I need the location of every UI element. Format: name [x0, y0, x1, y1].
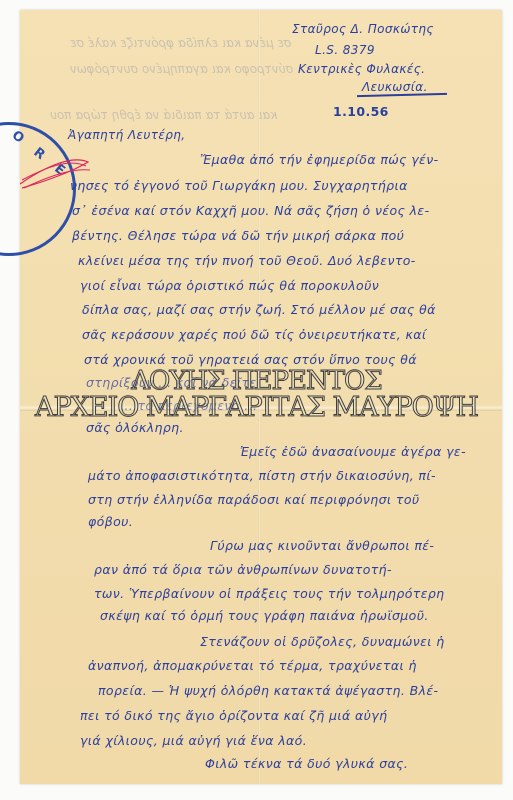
- letter-line: Φιλῶ τέκνα τά δυό γλυκά σας.: [205, 756, 408, 771]
- letter-line: πει τό δικό της ἄγιο ὁρίζοντα καί ζῆ μιά…: [80, 708, 387, 723]
- letter-line: πορεία. — Ἡ ψυχή ὁλόρθη κατακτά ἀψέγαστη…: [98, 683, 438, 698]
- bleed-through-line: σε μένα και ελπίδα φρόντιζε καλέ σε: [70, 36, 291, 50]
- letter-line: μάτο ἀποφασιστικότητα, πίστη στήν δικαιο…: [88, 468, 436, 483]
- letter-line: Ἐμεῖς ἐδῶ ἀνασαίνουμε ἀγέρα γε-: [240, 444, 466, 459]
- sender-name: Σταῦρος Δ. Ποσκώτης: [292, 22, 434, 36]
- letter-line: σκέψη καί τό ὁρμή τους γράφη παιάνα ἡρωϊ…: [100, 608, 429, 623]
- letter-line: Στενάζουν οἱ δρῦζολες, δυναμώνει ἡ: [200, 634, 445, 649]
- letter-line: βέντης. Θέλησε τώρα νά δῶ τήν μικρή σάρκ…: [72, 228, 404, 243]
- letter-line: στη στήν ἑλληνίδα παράδοσι καί περιφρόνη…: [88, 492, 420, 507]
- letter-line: νησες τό ἐγγονό τοῦ Γιωργάκη μου. Συγχαρ…: [70, 178, 408, 193]
- letter-line: των. Ὑπερβαίνουν οἱ πράξεις τους τήν τολ…: [94, 586, 445, 601]
- letter-line: δίπλα σας, μαζί σας στήν ζωή. Στό μέλλον…: [82, 302, 436, 317]
- prison-name: Κεντρικὲς Φυλακές.: [298, 62, 425, 76]
- letter-line: κλείνει μέσα της τήν πνοή τοῦ Θεοῦ. Δυό …: [78, 253, 416, 268]
- bleed-through-line: και αυτά τα παιδιά να έρθη τώρα που: [50, 108, 277, 122]
- letter-line: φόβου.: [88, 514, 133, 529]
- letter-line: γιά χίλιους, μιά αὐγή γιά ἕνα λαό.: [80, 733, 307, 748]
- letter-date: 1.10.56: [333, 104, 389, 119]
- letter-line: σ᾽ ἐσένα καί στόν Καχχῆ μου. Νά σᾶς ζήση…: [72, 203, 430, 218]
- city-name: Λευκωσία.: [362, 80, 428, 94]
- letter-line: Γύρω μας κινοῦνται ἄνθρωποι πέ-: [210, 538, 434, 553]
- letter-line: Ἔμαθα ἀπό τήν ἐφημερίδα πώς γέν-: [200, 152, 438, 167]
- letter-line: σᾶς κεράσουν χαρές πού δῶ τίς ὀνειρευτήκ…: [82, 327, 427, 342]
- letter-line: γιοί εἶναι τώρα ὁριστικό πώς θά ποροκυλο…: [80, 278, 379, 293]
- prisoner-number: L.S. 8379: [315, 43, 375, 57]
- bleed-through-line: σύντροφο και αγαπημένο συντρόφων: [70, 62, 293, 76]
- letter-line: στά χρονικά τοῦ γηρατειά σας στόν ὕπνο τ…: [84, 352, 417, 367]
- salutation: Ἀγαπητή Λευτέρη,: [68, 128, 185, 142]
- watermark-line-2: ΑΡΧΕΙΟ ΜΑΡΓΑΡΙΤΑΣ ΜΑΥΡΟΨΗ: [0, 392, 513, 423]
- letter-line: ἀναπνοή, ἀπομακρύνεται τό τέρμα, τραχύνε…: [88, 658, 417, 673]
- letter-line: ραν ἀπό τά ὅρια τῶν ἀνθρωπίνων δυνατοτή-: [94, 562, 392, 577]
